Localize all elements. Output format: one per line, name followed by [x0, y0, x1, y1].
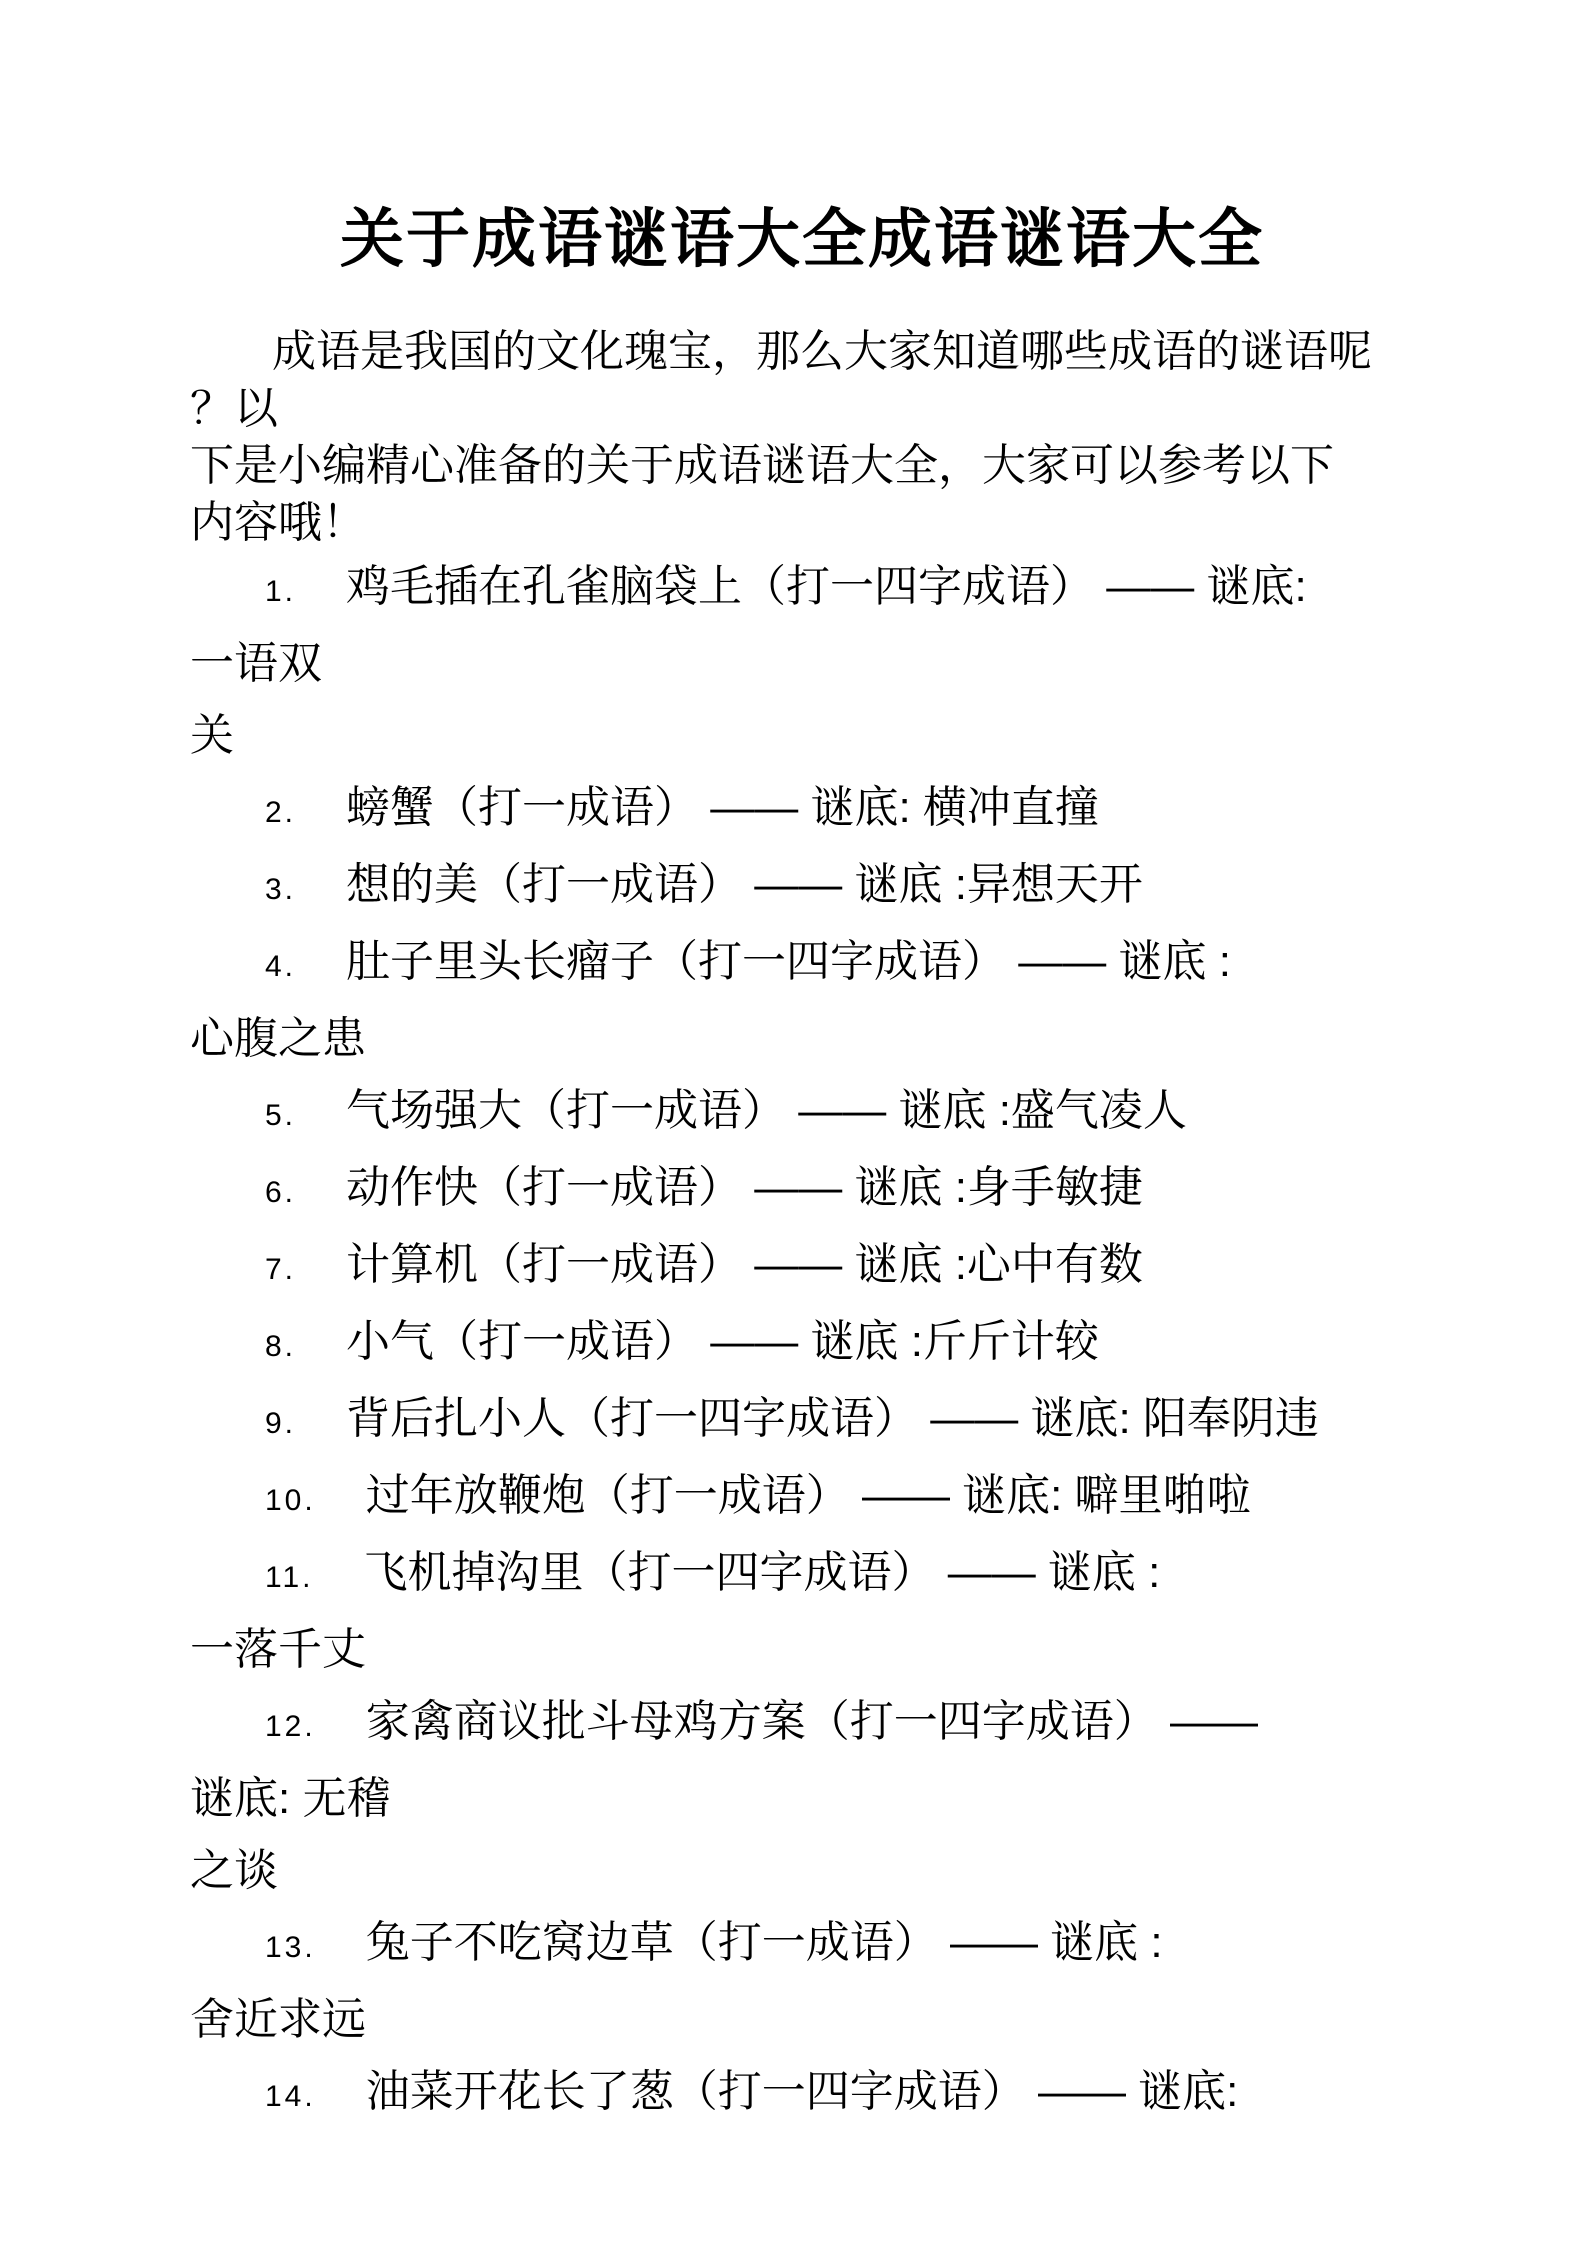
riddle-text: 油菜开花长了葱（打一四字成语） —— 谜底:: [366, 2067, 1239, 2116]
riddle-continuation: 一落千丈: [190, 1614, 1414, 1686]
riddle-item-4: 4.肚子里头长瘤子（打一四字成语） —— 谜底 :: [190, 926, 1414, 1003]
riddle-number: 4.: [265, 931, 296, 1003]
intro-line: ？以: [190, 380, 1414, 437]
intro-line: 成语是我国的文化瑰宝，那么大家知道哪些成语的谜语呢: [190, 323, 1414, 380]
riddle-text: 背后扎小人（打一四字成语） —— 谜底: 阳奉阴违: [346, 1394, 1319, 1443]
riddle-number: 2.: [265, 777, 296, 849]
riddle-text: 兔子不吃窝边草（打一成语） —— 谜底 :: [366, 1918, 1163, 1967]
riddle-continuation: 心腹之患: [190, 1003, 1414, 1075]
riddle-item-3: 3.想的美（打一成语） —— 谜底 :异想天开: [190, 849, 1414, 926]
riddle-continuation: 一语双: [190, 628, 1414, 700]
riddle-text: 飞机掉沟里（打一四字成语） —— 谜底 :: [363, 1548, 1160, 1597]
riddle-number: 12.: [265, 1691, 316, 1763]
riddle-continuation: 之谈: [190, 1835, 1414, 1907]
riddle-number: 11.: [265, 1542, 313, 1614]
document-title: 关于成语谜语大全成语谜语大全: [190, 200, 1414, 278]
riddle-item-5: 5.气场强大（打一成语） —— 谜底 :盛气凌人: [190, 1075, 1414, 1152]
intro-line: 内容哦！: [190, 494, 1414, 551]
riddle-number: 5.: [265, 1080, 296, 1152]
riddle-item-2: 2.螃蟹（打一成语） —— 谜底: 横冲直撞: [190, 772, 1414, 849]
riddle-continuation: 关: [190, 700, 1414, 772]
riddle-text: 想的美（打一成语） —— 谜底 :异想天开: [346, 860, 1143, 909]
riddle-number: 9.: [265, 1388, 296, 1460]
riddle-text: 过年放鞭炮（打一成语） —— 谜底: 噼里啪啦: [366, 1471, 1251, 1520]
riddle-text: 计算机（打一成语） —— 谜底 :心中有数: [346, 1240, 1143, 1289]
riddle-number: 1.: [265, 556, 296, 628]
riddle-text: 肚子里头长瘤子（打一四字成语） —— 谜底 :: [346, 937, 1231, 986]
riddle-number: 8.: [265, 1311, 296, 1383]
riddle-item-1: 1.鸡毛插在孔雀脑袋上（打一四字成语） —— 谜底:: [190, 551, 1414, 628]
riddle-item-12: 12.家禽商议批斗母鸡方案（打一四字成语） ——: [190, 1686, 1414, 1763]
riddle-text: 螃蟹（打一成语） —— 谜底: 横冲直撞: [346, 783, 1099, 832]
riddle-item-10: 10.过年放鞭炮（打一成语） —— 谜底: 噼里啪啦: [190, 1460, 1414, 1537]
riddle-list: 1.鸡毛插在孔雀脑袋上（打一四字成语） —— 谜底: 一语双 关 2.螃蟹（打一…: [190, 551, 1414, 2133]
riddle-item-9: 9.背后扎小人（打一四字成语） —— 谜底: 阳奉阴违: [190, 1383, 1414, 1460]
document-page: 关于成语谜语大全成语谜语大全 成语是我国的文化瑰宝，那么大家知道哪些成语的谜语呢…: [0, 0, 1594, 2256]
riddle-text: 气场强大（打一成语） —— 谜底 :盛气凌人: [346, 1086, 1187, 1135]
riddle-number: 10.: [265, 1465, 316, 1537]
riddle-item-6: 6.动作快（打一成语） —— 谜底 :身手敏捷: [190, 1152, 1414, 1229]
riddle-item-14: 14.油菜开花长了葱（打一四字成语） —— 谜底:: [190, 2056, 1414, 2133]
riddle-text: 动作快（打一成语） —— 谜底 :身手敏捷: [346, 1163, 1143, 1212]
riddle-number: 14.: [265, 2061, 316, 2133]
riddle-continuation: 舍近求远: [190, 1984, 1414, 2056]
riddle-text: 家禽商议批斗母鸡方案（打一四字成语） ——: [366, 1697, 1258, 1746]
riddle-item-13: 13.兔子不吃窝边草（打一成语） —— 谜底 :: [190, 1907, 1414, 1984]
riddle-text: 小气（打一成语） —— 谜底 :斤斤计较: [346, 1317, 1099, 1366]
riddle-text: 鸡毛插在孔雀脑袋上（打一四字成语） —— 谜底:: [346, 562, 1307, 611]
riddle-item-8: 8.小气（打一成语） —— 谜底 :斤斤计较: [190, 1306, 1414, 1383]
riddle-number: 6.: [265, 1157, 296, 1229]
riddle-number: 13.: [265, 1912, 316, 1984]
intro-line: 下是小编精心准备的关于成语谜语大全，大家可以参考以下: [190, 437, 1414, 494]
riddle-number: 7.: [265, 1234, 296, 1306]
riddle-item-11: 11.飞机掉沟里（打一四字成语） —— 谜底 :: [190, 1537, 1414, 1614]
riddle-continuation: 谜底: 无稽: [190, 1763, 1414, 1835]
riddle-item-7: 7.计算机（打一成语） —— 谜底 :心中有数: [190, 1229, 1414, 1306]
intro-paragraph: 成语是我国的文化瑰宝，那么大家知道哪些成语的谜语呢 ？以 下是小编精心准备的关于…: [190, 323, 1414, 551]
riddle-number: 3.: [265, 854, 296, 926]
